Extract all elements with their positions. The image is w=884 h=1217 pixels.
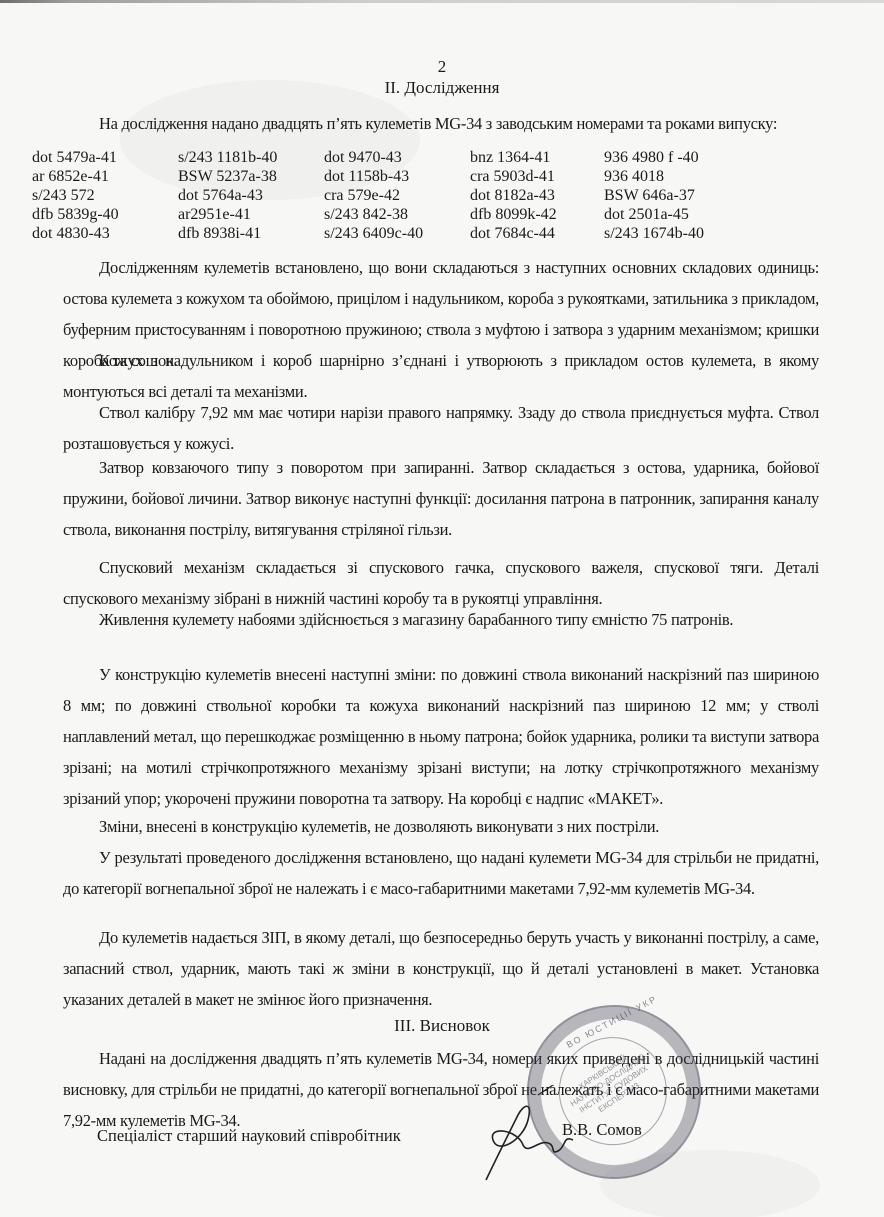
paragraph-conclusion: Надані на дослідження двадцять п’ять кул… (63, 1043, 819, 1136)
serial-number: s/243 1181b-40 (178, 148, 324, 167)
serial-number: s/243 1674b-40 (604, 224, 744, 243)
section-title-research: II. Дослідження (0, 78, 884, 98)
serial-number: dfb 8938i-41 (178, 224, 324, 243)
serial-number: dfb 8099k-42 (470, 205, 604, 224)
document-page: 2 II. Дослідження На дослідження надано … (0, 0, 884, 1217)
signer-role: Спеціаліст старший науковий співробітник (97, 1126, 401, 1146)
serial-number: cra 579e-42 (324, 186, 470, 205)
serial-number: dot 5764a-43 (178, 186, 324, 205)
section-title-conclusion: III. Висновок (0, 1016, 884, 1036)
serial-number: dot 2501a-45 (604, 205, 744, 224)
serial-number: dot 8182a-43 (470, 186, 604, 205)
serial-number: s/243 6409c-40 (324, 224, 470, 243)
serial-column: s/243 1181b-40 BSW 5237a-38 dot 5764a-43… (178, 148, 324, 167)
serial-column: 936 4980 f -40 936 4018 BSW 646a-37 dot … (604, 148, 744, 167)
serial-number: dot 1158b-43 (324, 167, 470, 186)
serial-number: dot 9470-43 (324, 148, 470, 167)
paragraph-result: У результаті проведеного дослідження вст… (63, 842, 819, 904)
serial-column: dot 9470-43 dot 1158b-43 cra 579e-42 s/2… (324, 148, 470, 167)
paragraph-no-firing: Зміни, внесені в конструкцію кулеметів, … (63, 811, 819, 842)
serial-number: dfb 5839g-40 (32, 205, 178, 224)
serial-number: dot 4830-43 (32, 224, 178, 243)
paragraph-feed: Живлення кулемету набоями здійснюється з… (63, 604, 819, 635)
paragraph-bolt: Затвор ковзаючого типу з поворотом при з… (63, 452, 819, 545)
serial-number: bnz 1364-41 (470, 148, 604, 167)
serial-number: dot 5479a-41 (32, 148, 178, 167)
paragraph-spare-parts: До кулеметів надається ЗІП, в якому дета… (63, 922, 819, 1015)
serial-number-table: dot 5479a-41 ar 6852e-41 s/243 572 dfb 5… (32, 148, 852, 167)
paragraph-barrel: Ствол калібру 7,92 мм має чотири нарізи … (63, 397, 819, 459)
serial-number: ar2951e-41 (178, 205, 324, 224)
serial-number: s/243 572 (32, 186, 178, 205)
serial-column: dot 5479a-41 ar 6852e-41 s/243 572 dfb 5… (32, 148, 178, 167)
paragraph-modifications: У конструкцію кулеметів внесені наступні… (63, 659, 819, 814)
serial-column: bnz 1364-41 cra 5903d-41 dot 8182a-43 df… (470, 148, 604, 167)
serial-number: cra 5903d-41 (470, 167, 604, 186)
serial-number: s/243 842-38 (324, 205, 470, 224)
intro-paragraph: На дослідження надано двадцять п’ять кул… (63, 108, 819, 139)
serial-number: BSW 646a-37 (604, 186, 744, 205)
serial-number: ar 6852e-41 (32, 167, 178, 186)
signer-name: В.В. Сомов (562, 1120, 642, 1140)
page-number: 2 (0, 57, 884, 77)
serial-number: 936 4018 (604, 167, 744, 186)
serial-number: 936 4980 f -40 (604, 148, 744, 167)
serial-number: BSW 5237a-38 (178, 167, 324, 186)
serial-number: dot 7684c-44 (470, 224, 604, 243)
